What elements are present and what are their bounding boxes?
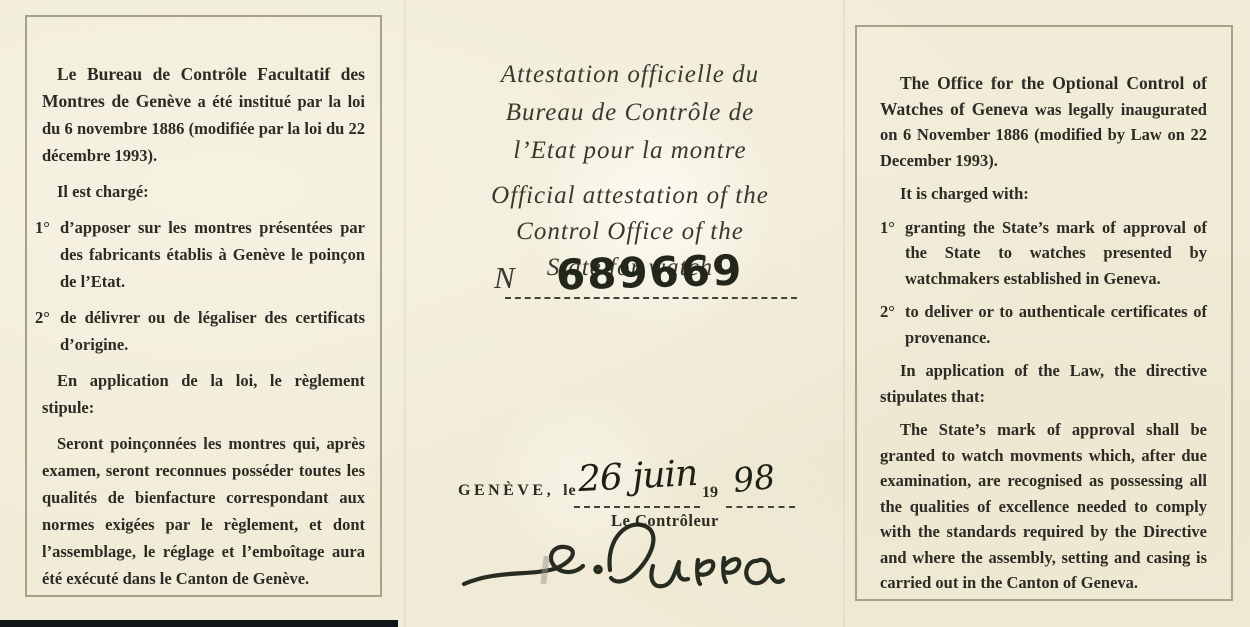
en-item-1-text: granting the State’s mark of approval of… [905, 215, 1207, 292]
attestation-fr-line2: Bureau de Contrôle de [418, 94, 842, 132]
fr-item-1: 1° d’apposer sur les montres présentées … [35, 214, 365, 295]
fr-item-2-number: 2° [35, 304, 60, 358]
attestation-en-line1: Official attestation of the [418, 178, 842, 214]
attestation-title-french: Attestation officielle du Bureau de Cont… [418, 56, 842, 170]
handwritten-year: 98 [731, 457, 777, 500]
certificate-page: Le Bureau de Contrôle Facultatif des Mon… [0, 0, 1250, 627]
number-dashed-line [505, 297, 797, 299]
place-city: GENÈVE, [458, 482, 554, 499]
number-label: N [494, 260, 515, 296]
fr-item-2: 2° de délivrer ou de légaliser des certi… [35, 304, 365, 358]
fr-application-paragraph: En application de la loi, le règlement s… [42, 367, 365, 421]
date-dashed-line-2 [726, 506, 795, 508]
english-panel: The Office for the Optional Control of W… [855, 25, 1233, 601]
watch-number-stamp: 689669 [555, 246, 744, 300]
en-stipulation-paragraph: The State’s mark of approval shall be gr… [880, 417, 1207, 596]
attestation-fr-line1: Attestation officielle du [418, 56, 842, 94]
fr-charge-intro: Il est chargé: [42, 178, 365, 205]
en-item-2: 2° to deliver or to authenticale certifi… [880, 299, 1207, 350]
fold-line-right [843, 0, 847, 627]
en-application-paragraph: In application of the Law, the directive… [880, 358, 1207, 409]
french-panel: Le Bureau de Contrôle Facultatif des Mon… [25, 15, 382, 597]
date-dashed-line-1 [574, 506, 700, 508]
fr-stipulation-paragraph: Seront poinçonnées les montres qui, aprè… [42, 430, 365, 592]
handwritten-day-month: 26 juin [577, 453, 698, 500]
fr-item-1-text: d’apposer sur les montres présentées par… [60, 214, 365, 295]
date-century: 19 [702, 484, 718, 502]
en-item-2-number: 2° [880, 299, 905, 350]
place-le: le [563, 482, 577, 499]
en-intro-paragraph: The Office for the Optional Control of W… [880, 71, 1207, 173]
fr-intro-paragraph: Le Bureau de Contrôle Facultatif des Mon… [42, 61, 365, 169]
fr-item-1-number: 1° [35, 214, 60, 295]
fold-line-left [404, 0, 408, 627]
attestation-fr-line3: l’Etat pour la montre [418, 132, 842, 170]
en-item-2-text: to deliver or to authenticale certificat… [905, 299, 1207, 350]
en-item-1-number: 1° [880, 215, 905, 292]
scan-edge-strip [0, 620, 398, 627]
en-item-1: 1° granting the State’s mark of approval… [880, 215, 1207, 292]
attestation-en-line2: Control Office of the [418, 214, 842, 250]
controller-signature [452, 518, 796, 624]
fr-item-2-text: de délivrer ou de légaliser des certific… [60, 304, 365, 358]
place-date-line: GENÈVE,le [458, 482, 577, 500]
en-charge-intro: It is charged with: [880, 181, 1207, 207]
